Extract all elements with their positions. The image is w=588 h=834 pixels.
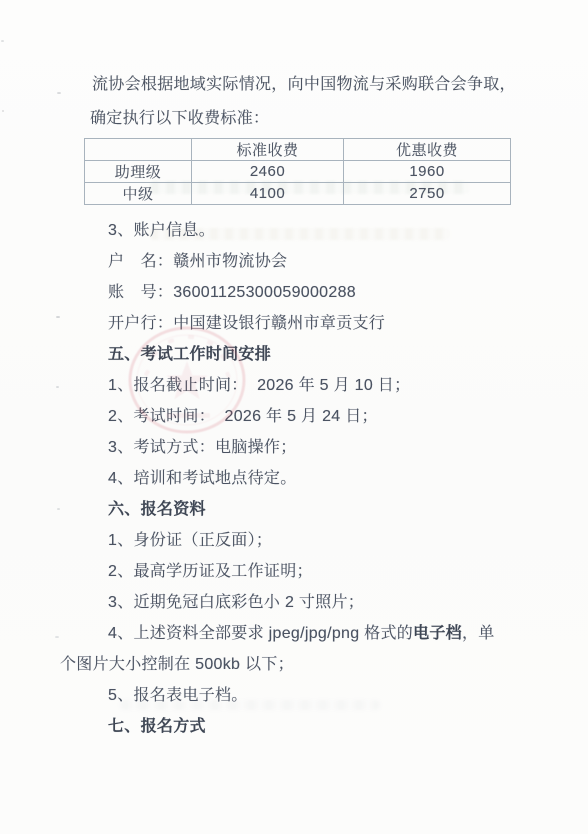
account-name-line: 户 名：赣州市物流协会 (108, 246, 518, 277)
intro-paragraph-line: 流协会根据地域实际情况，向中国物流与采购联合会争取， (92, 68, 518, 102)
section5-item: 4、培训和考试地点待定。 (108, 463, 518, 494)
scan-speck (1, 40, 4, 42)
fee-discount-cell: 1960 (344, 161, 511, 183)
account-number-line: 账 号：36001125300059000288 (108, 277, 518, 308)
section6-item4-regular: 4、上述资料全部要求 jpeg/jpg/png 格式的 (108, 625, 413, 642)
fee-level-cell: 助理级 (85, 161, 192, 183)
section6-item: 1、身份证（正反面）； (108, 525, 518, 556)
section6-item-continuation: 个图片大小控制在 500kb 以下； (60, 649, 518, 680)
fee-standard-cell: 2460 (192, 161, 344, 183)
section6-item: 4、上述资料全部要求 jpeg/jpg/png 格式的电子档，单 (108, 618, 518, 649)
fee-table-header-row: 标准收费 优惠收费 (85, 139, 511, 161)
scan-speck (56, 386, 59, 388)
fee-table-header-cell: 标准收费 (192, 139, 344, 161)
account-info-heading: 3、账户信息。 (108, 215, 518, 246)
section5-item: 2、考试时间： 2026 年 5 月 24 日； (108, 401, 518, 432)
fee-table-header-cell (85, 139, 192, 161)
section6-item: 5、报名表电子档。 (108, 680, 518, 711)
section5-item: 3、考试方式：电脑操作； (108, 432, 518, 463)
intro-paragraph-line: 确定执行以下收费标准： (90, 102, 518, 136)
fee-standard-cell: 4100 (192, 183, 344, 205)
fee-table-row: 中级 4100 2750 (85, 183, 511, 205)
scanned-document-page: 流协会根据地域实际情况，向中国物流与采购联合会争取， 确定执行以下收费标准： 标… (0, 0, 588, 834)
fee-level-cell: 中级 (85, 183, 192, 205)
section6-title: 六、报名资料 (108, 494, 518, 525)
scan-speck (2, 110, 4, 112)
section6-item: 2、最高学历证及工作证明； (108, 556, 518, 587)
section5-item: 1、报名截止时间： 2026 年 5 月 10 日； (108, 370, 518, 401)
fee-table: 标准收费 优惠收费 助理级 2460 1960 中级 4100 2750 (84, 138, 511, 205)
account-bank-line: 开户行：中国建设银行赣州市章贡支行 (108, 308, 518, 339)
fee-table-row: 助理级 2460 1960 (85, 161, 511, 183)
fee-discount-cell: 2750 (344, 183, 511, 205)
section7-title: 七、报名方式 (108, 711, 518, 742)
scan-speck (55, 636, 59, 638)
document-body: 流协会根据地域实际情况，向中国物流与采购联合会争取， 确定执行以下收费标准： 标… (60, 68, 518, 742)
section6-item4-emphasis: 电子档 (413, 625, 462, 642)
section6-item4-regular: ，单 (462, 625, 495, 642)
section5-title: 五、考试工作时间安排 (108, 339, 518, 370)
section6-item: 3、近期免冠白底彩色小 2 寸照片； (108, 587, 518, 618)
fee-table-header-cell: 优惠收费 (344, 139, 511, 161)
